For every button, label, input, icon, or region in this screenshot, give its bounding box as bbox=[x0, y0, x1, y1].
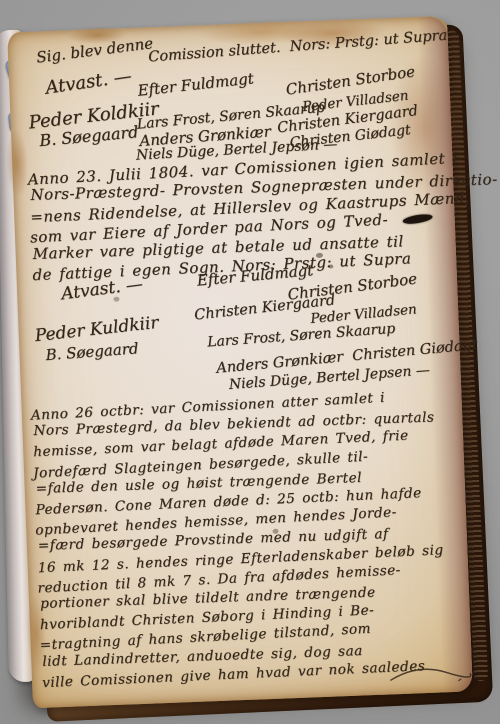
entry-1804-10-26: Anno 26 octbr: var Comissionen atter sam… bbox=[29, 388, 472, 692]
closing-line-right: Comission sluttet. Nors: Prstg: ut Supra bbox=[148, 28, 448, 66]
photo-background: Sig. blev denne Comission sluttet. Nors:… bbox=[0, 0, 500, 724]
pen-flourish-icon bbox=[388, 665, 473, 686]
closing-line-left: Sig. blev denne bbox=[35, 34, 154, 67]
signature-efter-fuldmagt-1: Efter Fuldmagt bbox=[137, 69, 255, 99]
signature-attest-1: Atvast. — bbox=[44, 66, 133, 99]
signature-peder-kuldkiir-2: Peder Kuldkiir bbox=[34, 313, 160, 346]
entry-1804-07-23: Anno 23. Julii 1804. var Comissionen igi… bbox=[26, 152, 454, 285]
manuscript-page: Sig. blev denne Comission sluttet. Nors:… bbox=[7, 16, 473, 708]
